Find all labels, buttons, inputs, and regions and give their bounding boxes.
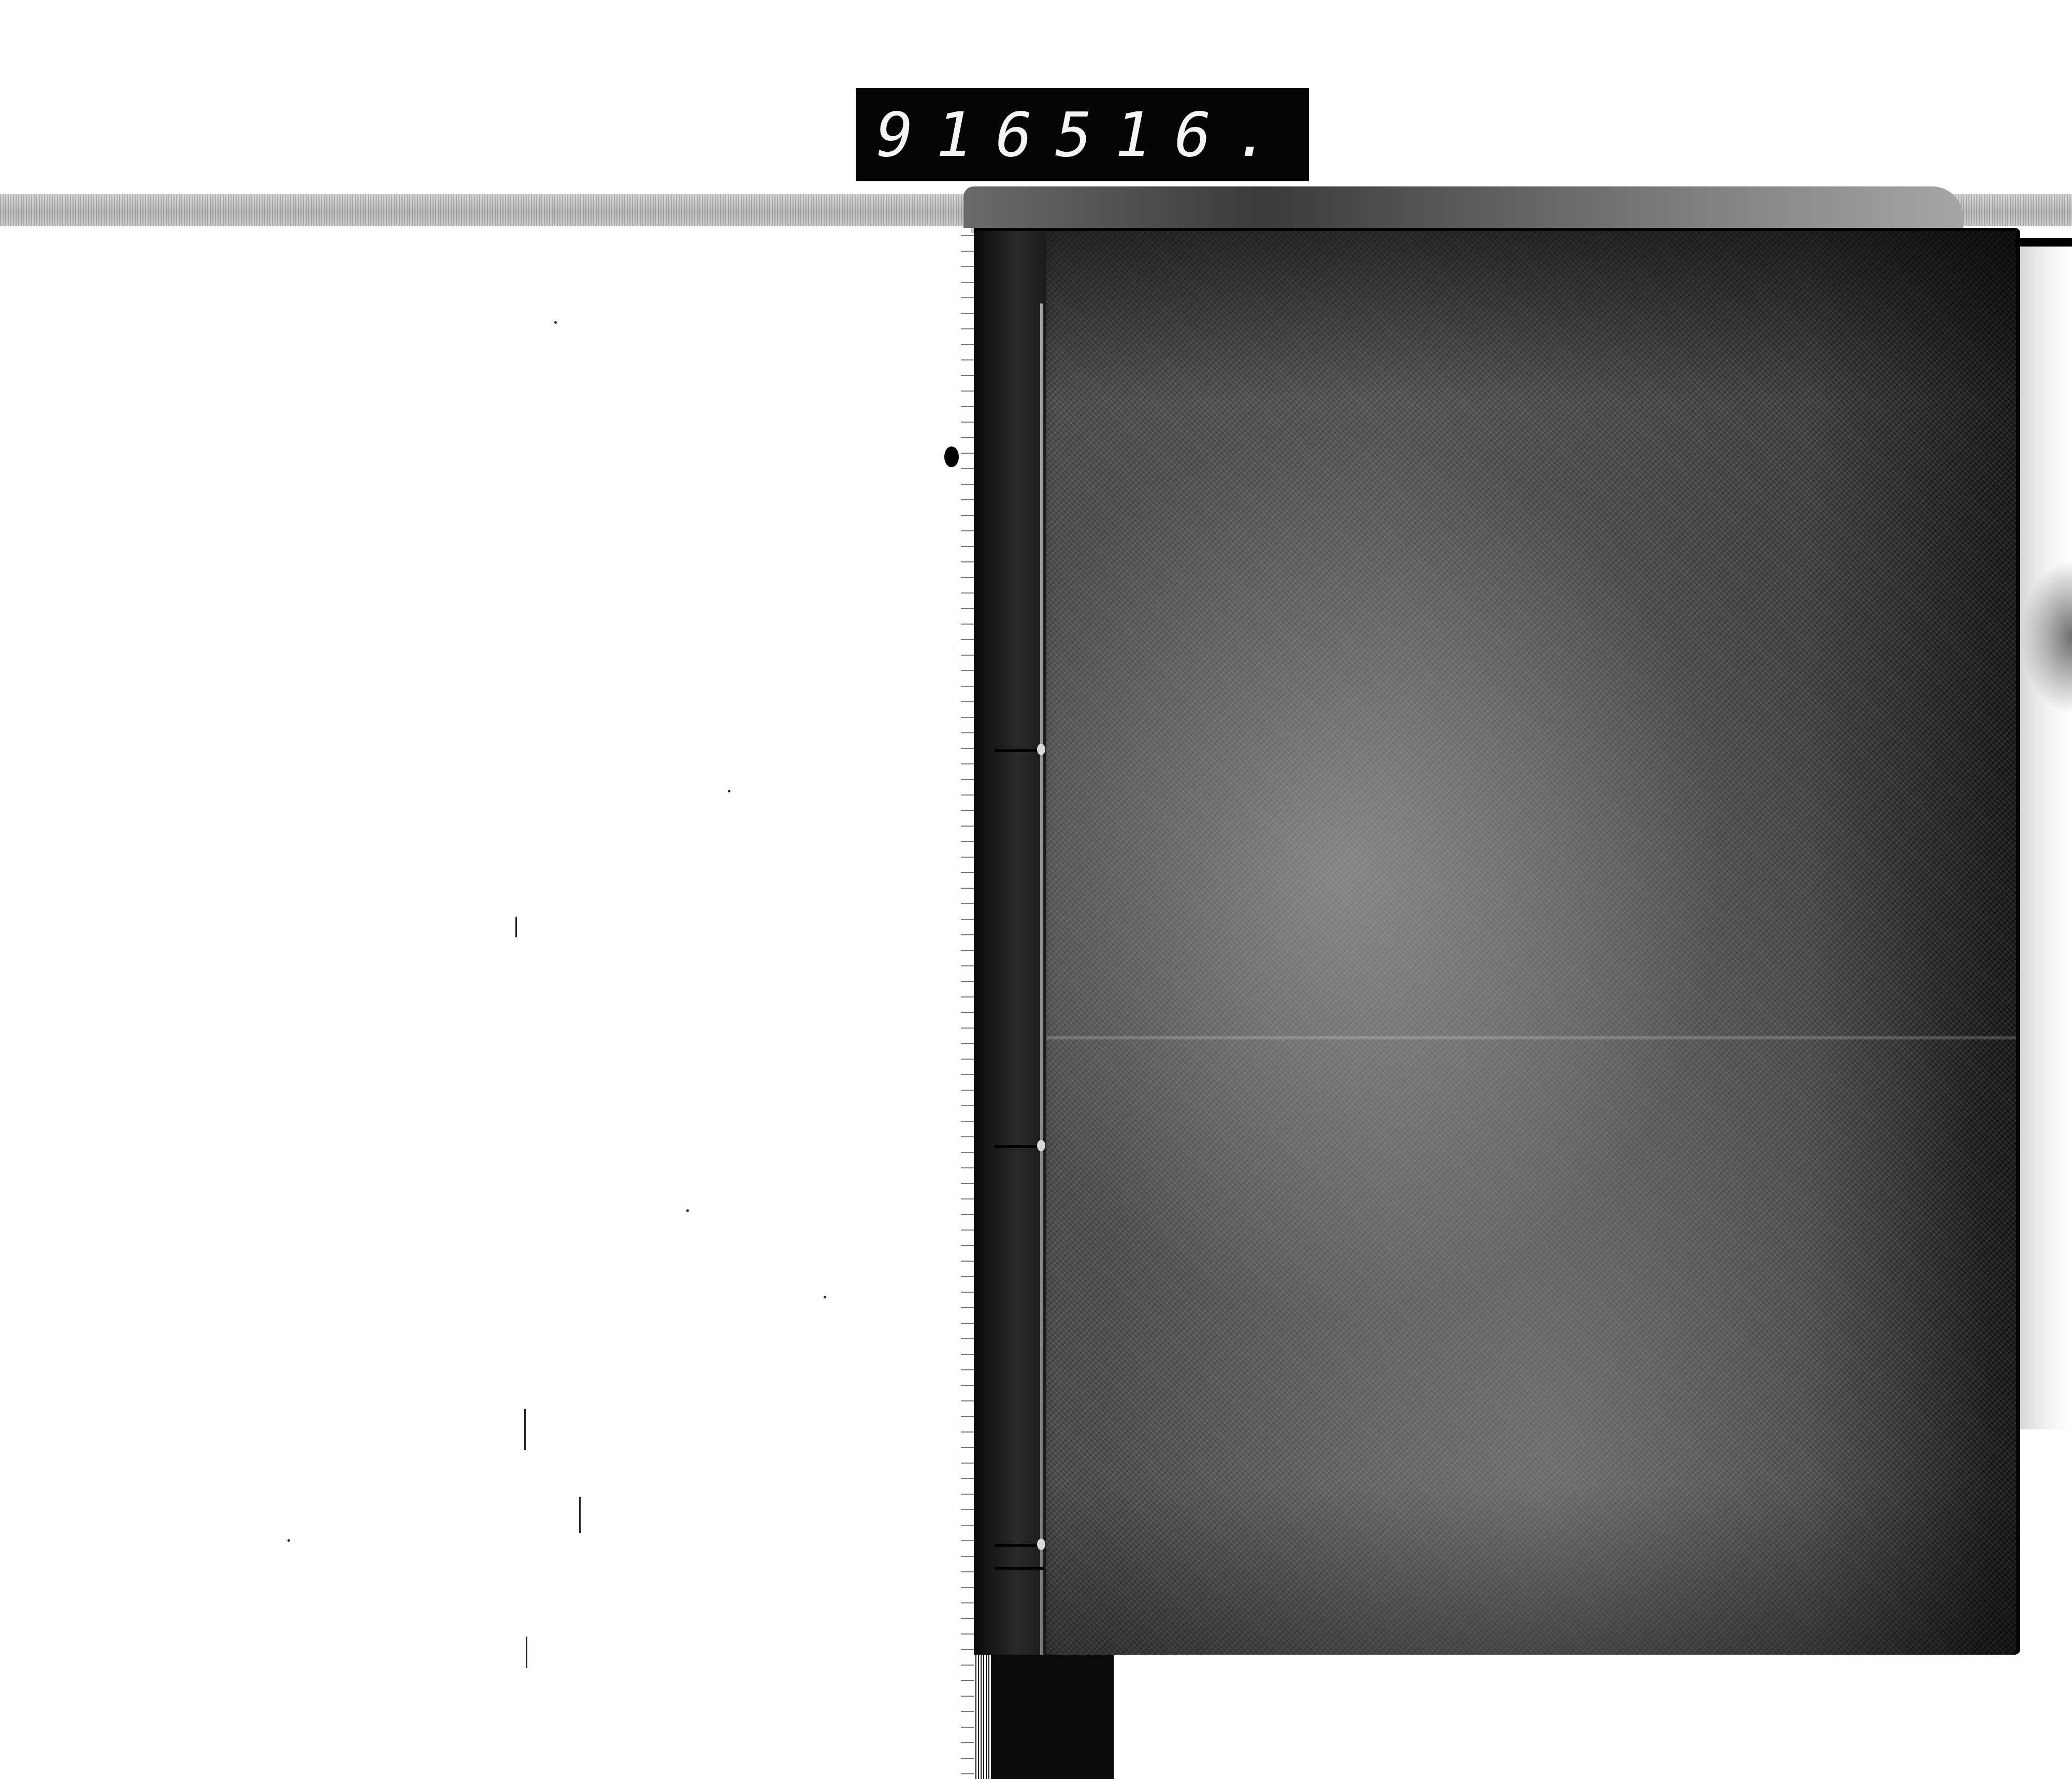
- right-edge-bar: [2015, 238, 2072, 247]
- scan-mark: [515, 917, 517, 937]
- cover-shading: [974, 231, 2016, 1655]
- dust-speck: [554, 321, 557, 324]
- stitch: [995, 1567, 1044, 1570]
- ink-blot: [944, 446, 959, 467]
- blank-left-page: [0, 228, 971, 1779]
- spine-bottom-tab: [992, 1655, 1114, 1779]
- cover-top-shadow: [963, 186, 1963, 233]
- stitch-hole: [1037, 1539, 1045, 1550]
- frame-number-label: 916 516.: [856, 88, 1309, 181]
- scan-mark: [579, 1497, 581, 1533]
- stitch: [995, 1544, 1044, 1547]
- dust-speck: [824, 1296, 826, 1298]
- book-cover: [974, 228, 2020, 1655]
- background-right: [2020, 238, 2072, 1429]
- scan-mark: [526, 1637, 527, 1668]
- right-shadow: [2020, 559, 2072, 715]
- frame-number-left: 916: [876, 104, 1055, 165]
- binding-thread: [1040, 303, 1043, 1660]
- cover-crease: [974, 1036, 2016, 1039]
- stitch-hole: [1037, 1140, 1045, 1151]
- stitch-hole: [1037, 744, 1045, 755]
- stitch: [995, 749, 1044, 752]
- scan-mark: [524, 1409, 526, 1450]
- page-stack-edge: [974, 1655, 994, 1779]
- dust-speck: [287, 1539, 290, 1542]
- stitch: [995, 1145, 1044, 1148]
- frame-number-right: 516.: [1055, 104, 1293, 165]
- scan-canvas: 916 516.: [0, 0, 2072, 1779]
- dust-speck: [686, 1209, 689, 1212]
- binding-strip: [974, 231, 1046, 1655]
- dust-speck: [728, 790, 730, 792]
